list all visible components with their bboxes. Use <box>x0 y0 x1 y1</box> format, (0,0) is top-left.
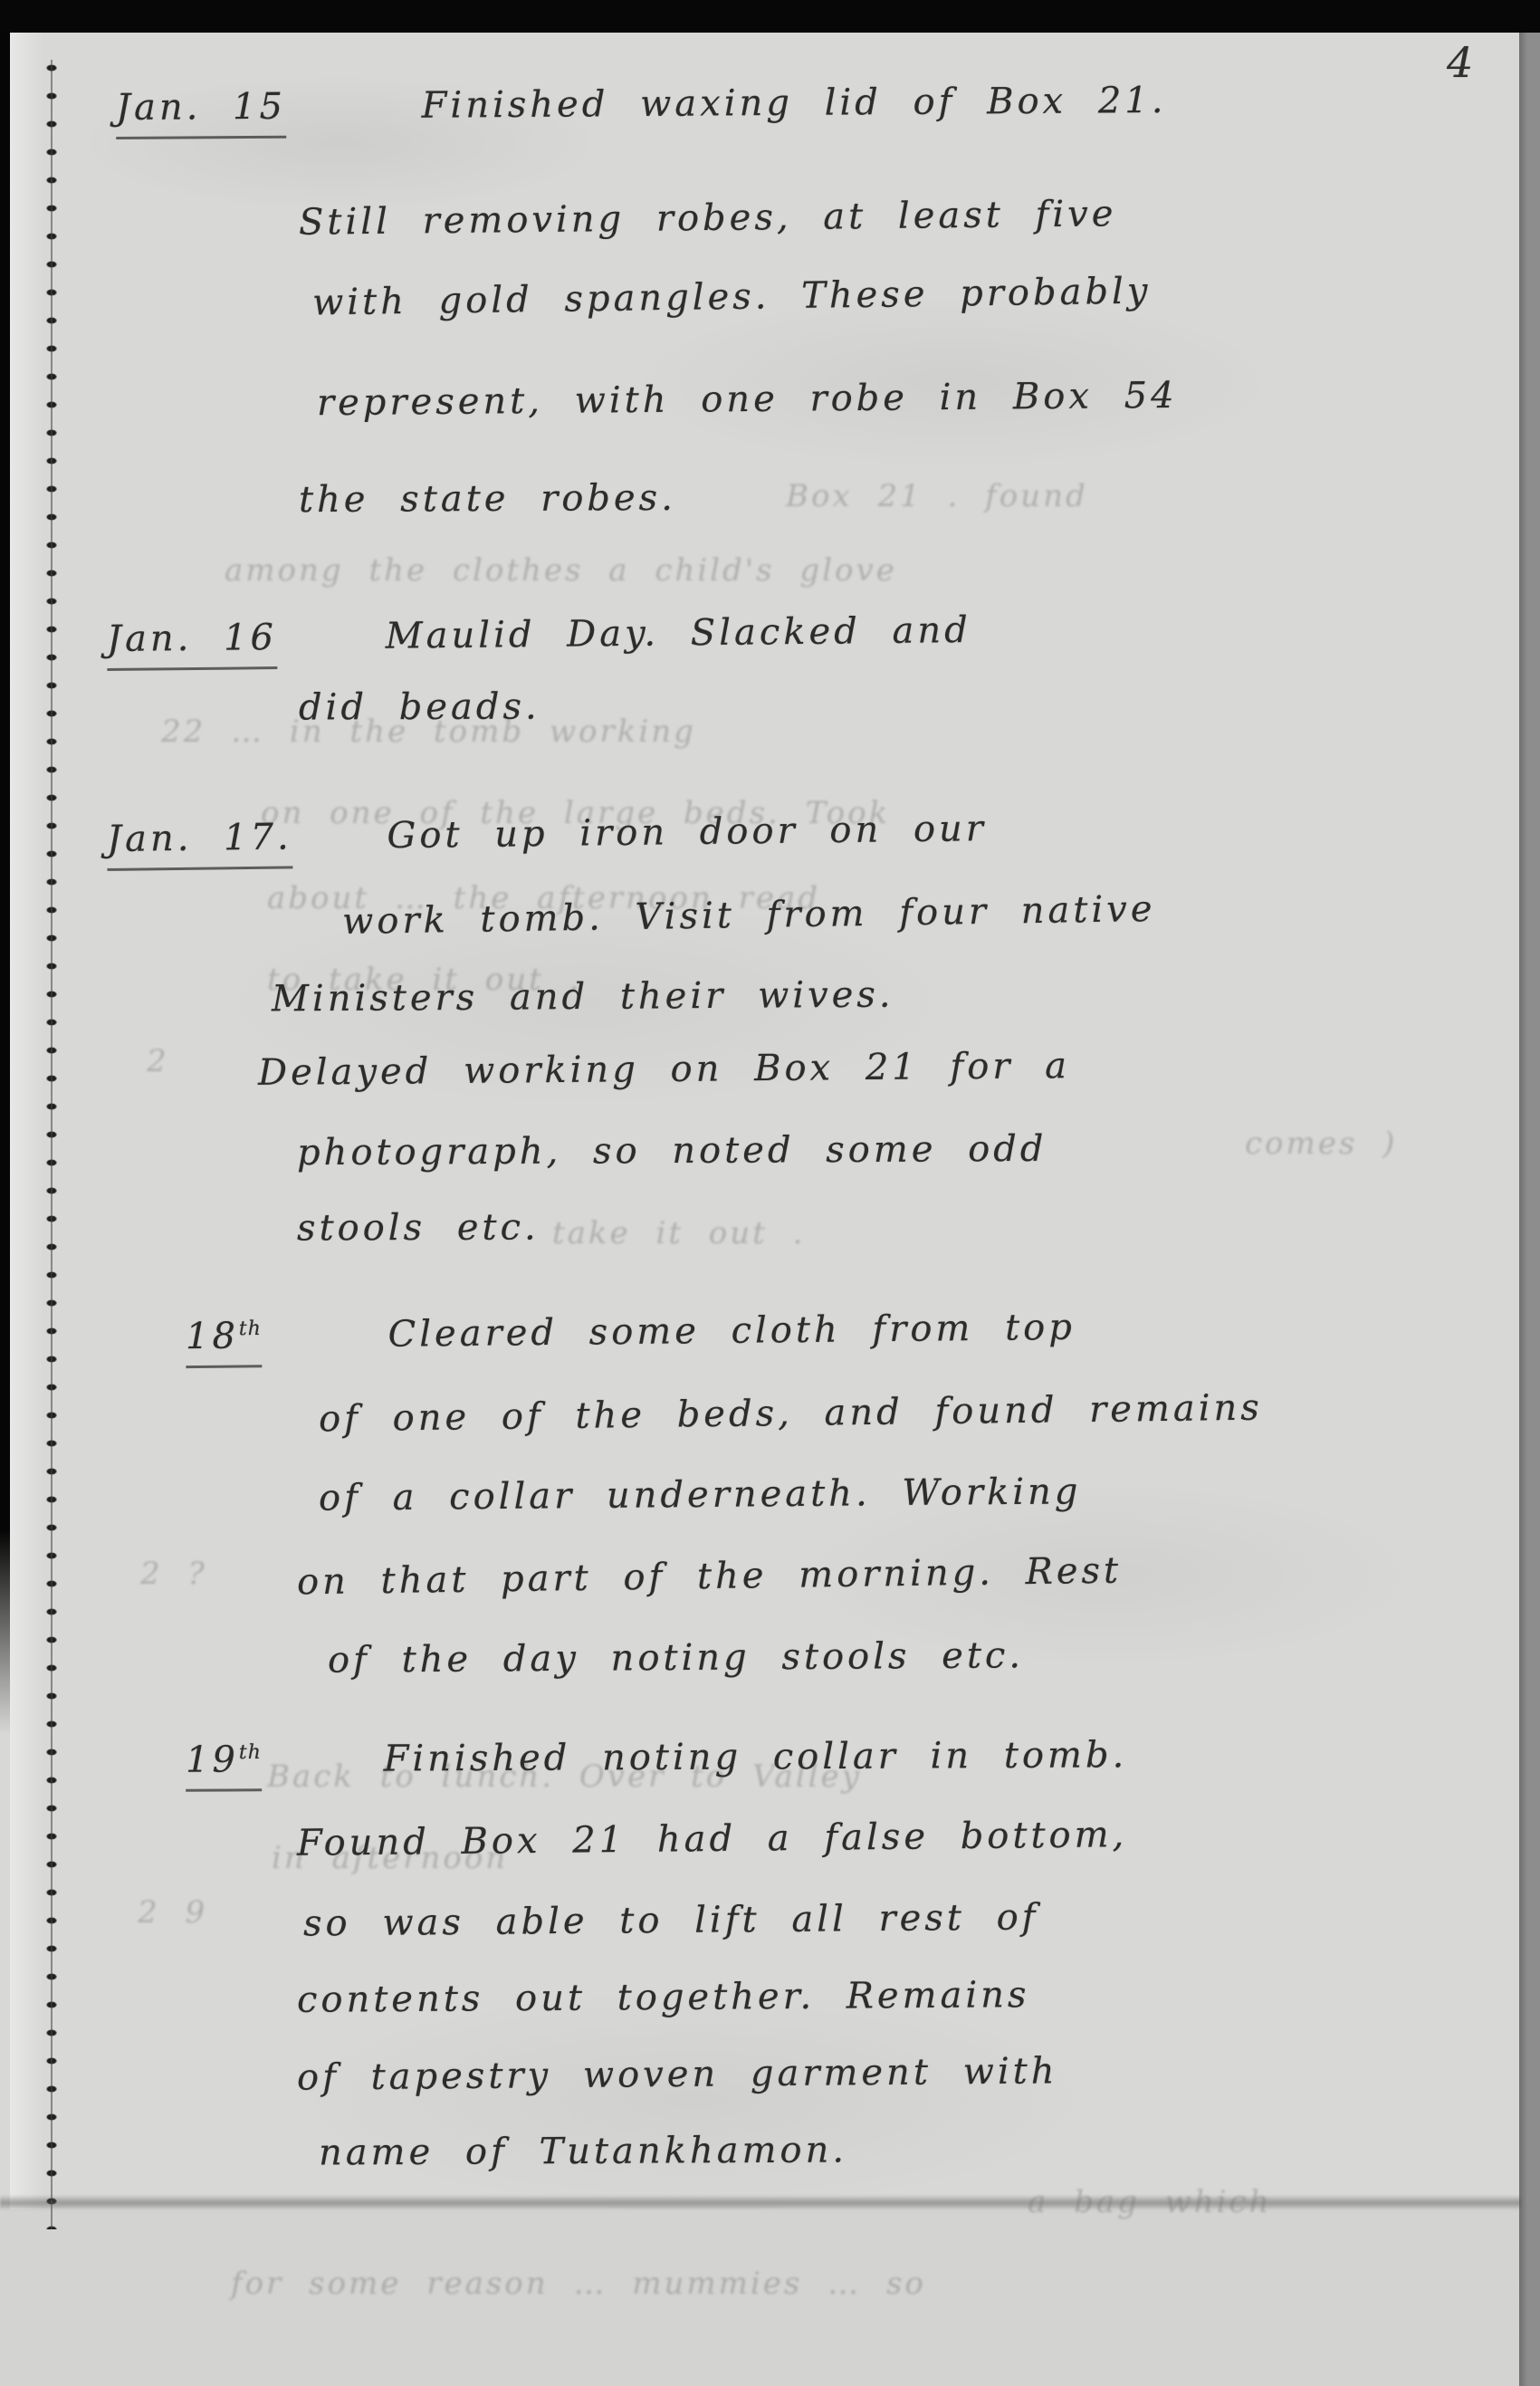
paper-surface <box>0 33 1521 2209</box>
binding-stitches <box>40 60 63 2229</box>
date-ordinal-suffix: th <box>239 1741 262 1764</box>
entry-date: 19th <box>186 1739 262 1791</box>
diary-line: Still removing robes, at least five <box>299 193 1117 243</box>
entry-text: stools etc. <box>297 1207 540 1250</box>
scan-top-edge <box>0 0 1540 33</box>
diary-line: of a collar underneath. Working <box>319 1471 1082 1519</box>
diary-line: Found Box 21 had a false bottom, <box>297 1814 1128 1864</box>
diary-line: photograph, so noted some odd <box>297 1128 1047 1174</box>
diary-line: 19th Finished noting collar in tomb. <box>186 1734 1127 1780</box>
entry-text: represent, with one robe in Box 54 <box>317 375 1178 424</box>
diary-page-scan: 4 Box 21 . found among the clothes a chi… <box>0 0 1540 2386</box>
entry-text: Ministers and their wives. <box>272 974 894 1021</box>
diary-line: did beads. <box>299 686 540 729</box>
scan-right-background <box>1519 33 1540 2386</box>
bleedthrough-text: among the clothes a child's glove <box>225 552 897 589</box>
diary-line: Delayed working on Box 21 for a <box>258 1045 1070 1094</box>
bleedthrough-text: 2 <box>147 1043 169 1079</box>
diary-line: the state robes. <box>299 477 676 521</box>
entry-text: photograph, so noted some odd <box>297 1128 1047 1174</box>
entry-text: of the day noting stools etc. <box>328 1634 1024 1681</box>
entry-date: Jan. 16 <box>107 617 278 671</box>
entry-text: contents out together. Remains <box>297 1974 1030 2021</box>
entry-text: Finished waxing lid of Box 21. <box>422 80 1167 127</box>
diary-line: name of Tutankhamon. <box>319 2129 847 2173</box>
entry-date: Jan. 15 <box>116 86 286 139</box>
page-bottom-edge <box>0 2195 1521 2209</box>
bleedthrough-text: 2 ? <box>140 1556 207 1592</box>
entry-text: the state robes. <box>299 477 676 521</box>
bleedthrough-text: a bag which <box>1028 2184 1272 2220</box>
diary-line: Jan. 15 Finished waxing lid of Box 21. <box>116 80 1167 129</box>
entry-text: name of Tutankhamon. <box>319 2129 847 2173</box>
entry-date: Jan. 17. <box>107 816 292 870</box>
diary-line: stools etc. <box>297 1207 540 1250</box>
entry-text: Finished noting collar in tomb. <box>384 1734 1128 1779</box>
bleedthrough-text: 2 9 <box>138 1894 207 1931</box>
entry-date: 18th <box>186 1315 263 1368</box>
bleedthrough-text: comes ) <box>1245 1126 1397 1162</box>
bleedthrough-text: take it out . <box>552 1215 805 1251</box>
page-number: 4 <box>1447 38 1473 87</box>
entry-text: Cleared some cloth from top <box>387 1307 1076 1356</box>
bleedthrough-text: for some reason … mummies … so <box>231 2266 926 2302</box>
diary-line: of the day noting stools etc. <box>328 1634 1024 1681</box>
date-ordinal-suffix: th <box>239 1318 262 1340</box>
entry-text: Maulid Day. Slacked and <box>385 609 971 657</box>
entry-text: Delayed working on Box 21 for a <box>258 1045 1070 1094</box>
entry-text: of a collar underneath. Working <box>319 1471 1082 1519</box>
entry-text: Found Box 21 had a false bottom, <box>297 1814 1128 1864</box>
scan-left-edge <box>0 33 10 1735</box>
bleedthrough-text: Box 21 . found <box>786 478 1088 514</box>
entry-text: did beads. <box>299 686 540 729</box>
diary-line: so was able to lift all rest of <box>303 1896 1039 1944</box>
entry-text: so was able to lift all rest of <box>303 1896 1039 1944</box>
entry-text: of tapestry woven garment with <box>297 2050 1058 2098</box>
diary-line: of tapestry woven garment with <box>297 2050 1058 2098</box>
diary-line: represent, with one robe in Box 54 <box>317 375 1178 424</box>
entry-text: Still removing robes, at least five <box>299 193 1117 243</box>
entry-text: Got up iron door on our <box>387 808 987 857</box>
diary-line: Ministers and their wives. <box>272 974 894 1021</box>
diary-line: contents out together. Remains <box>297 1974 1030 2021</box>
